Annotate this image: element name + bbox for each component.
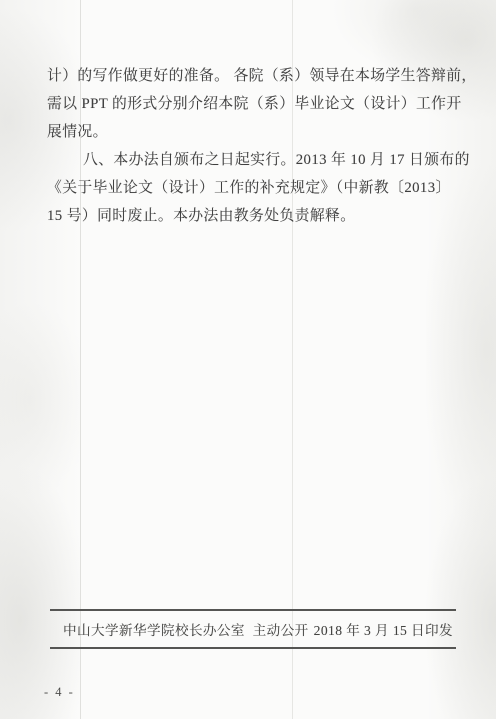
footer-issuing-office: 中山大学新华学院校长办公室: [63, 619, 245, 639]
footer-disclosure-type: 主动公开: [253, 619, 309, 639]
body-line: 需以 PPT 的形式分别介绍本院（系）毕业论文（设计）工作开: [47, 90, 459, 118]
footer-rule-top: [50, 609, 456, 611]
body-line: 计）的写作做更好的准备。 各院（系）领导在本场学生答辩前，: [47, 62, 459, 90]
scanned-document-page: 计）的写作做更好的准备。 各院（系）领导在本场学生答辩前， 需以 PPT 的形式…: [0, 0, 496, 719]
document-body: 计）的写作做更好的准备。 各院（系）领导在本场学生答辩前， 需以 PPT 的形式…: [47, 62, 459, 230]
body-line: 八、本办法自颁布之日起实行。2013 年 10 月 17 日颁布的: [47, 146, 459, 174]
footer-rule-bottom: [50, 647, 456, 649]
body-line: 《关于毕业论文（设计）工作的补充规定》（中新教〔2013〕: [47, 174, 459, 202]
page-number: - 4 -: [44, 685, 75, 700]
footer-print-date: 2018 年 3 月 15 日印发: [314, 619, 453, 639]
body-line: 15 号）同时废止。本办法由教务处负责解释。: [47, 202, 459, 230]
footer-imprint-row: 中山大学新华学院校长办公室 主动公开 2018 年 3 月 15 日印发: [63, 616, 453, 642]
body-line: 展情况。: [47, 118, 459, 146]
